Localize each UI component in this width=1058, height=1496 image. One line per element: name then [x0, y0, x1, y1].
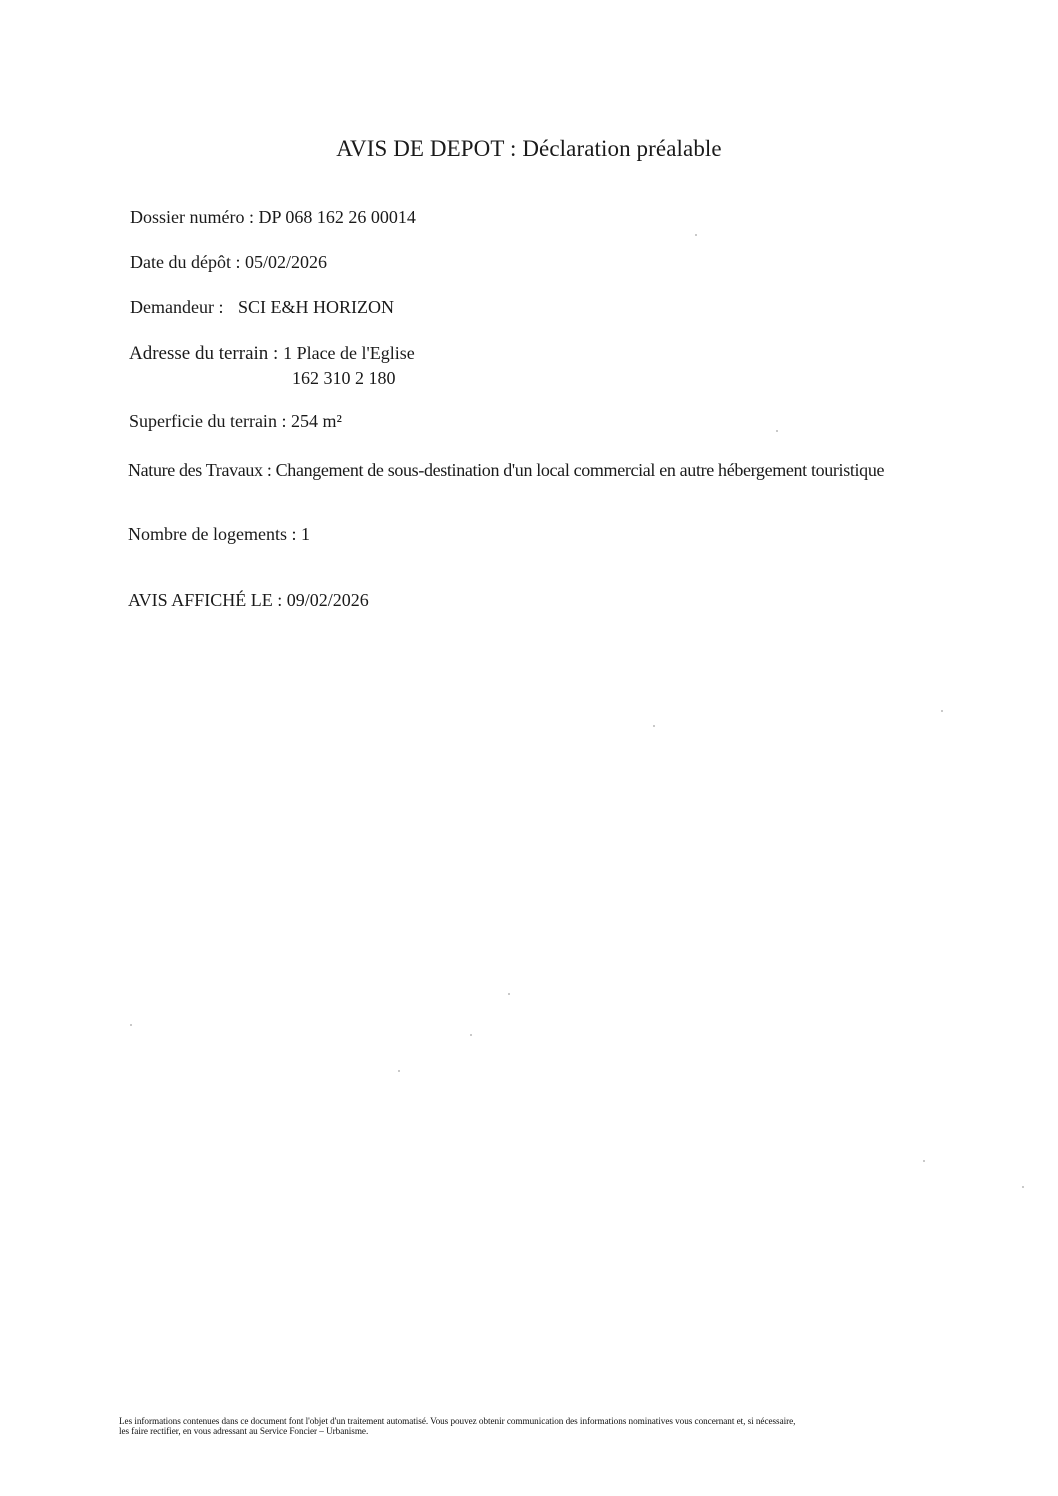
adresse-row: Adresse du terrain : 1 Place de l'Eglise [129, 343, 415, 365]
footer-line-2: les faire rectifier, en vous adressant a… [119, 1426, 919, 1436]
scan-speck [130, 1024, 132, 1026]
dossier-label: Dossier numéro : [130, 207, 254, 227]
adresse-value-line2: 162 310 2 180 [292, 368, 396, 389]
logements-value: 1 [301, 524, 310, 544]
footer-line-1: Les informations contenues dans ce docum… [119, 1416, 919, 1426]
superficie-value: 254 m² [291, 411, 342, 431]
scan-speck [776, 430, 778, 432]
date-depot-label: Date du dépôt : [130, 252, 240, 272]
scan-speck [941, 710, 943, 712]
adresse-label: Adresse du terrain : [129, 343, 278, 364]
demandeur-value: SCI E&H HORIZON [238, 297, 394, 317]
scan-speck [508, 993, 510, 995]
adresse-value-line1: 1 Place de l'Eglise [283, 343, 415, 363]
affiche-value: 09/02/2026 [287, 590, 369, 610]
logements-label: Nombre de logements : [128, 524, 296, 544]
document-title: AVIS DE DEPOT : Déclaration préalable [0, 136, 1058, 162]
demandeur-label: Demandeur : [130, 297, 223, 317]
scan-speck [1022, 1186, 1024, 1188]
logements-row: Nombre de logements : 1 [128, 524, 310, 545]
scan-speck [923, 1160, 925, 1162]
date-depot-value: 05/02/2026 [245, 252, 327, 272]
superficie-label: Superficie du terrain : [129, 411, 286, 431]
nature-value: Changement de sous-destination d'un loca… [276, 460, 884, 480]
scan-speck [653, 725, 655, 727]
dossier-value: DP 068 162 26 00014 [258, 207, 415, 227]
affiche-row: AVIS AFFICHÉ LE : 09/02/2026 [128, 590, 369, 611]
superficie-row: Superficie du terrain : 254 m² [129, 411, 342, 432]
nature-label: Nature des Travaux : [128, 460, 271, 480]
date-depot-row: Date du dépôt : 05/02/2026 [130, 252, 327, 273]
scan-speck [398, 1070, 400, 1072]
scan-speck [695, 234, 697, 236]
affiche-label: AVIS AFFICHÉ LE : [128, 590, 282, 610]
nature-row: Nature des Travaux : Changement de sous-… [128, 460, 918, 480]
demandeur-row: Demandeur : SCI E&H HORIZON [130, 297, 394, 318]
dossier-row: Dossier numéro : DP 068 162 26 00014 [130, 207, 416, 228]
footer-notice: Les informations contenues dans ce docum… [119, 1416, 919, 1436]
scan-speck [470, 1034, 472, 1036]
